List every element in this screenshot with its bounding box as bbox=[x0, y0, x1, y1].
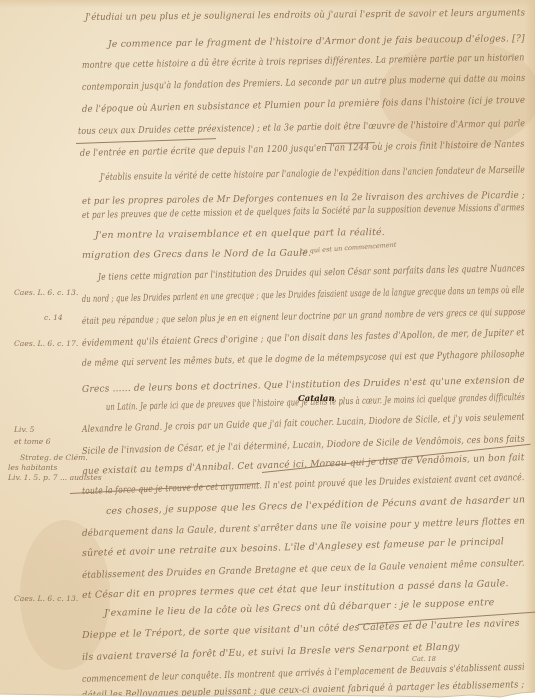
inserted-word-catalan: Catalan bbox=[298, 394, 335, 404]
interlinear-note: ce qui est un commencement bbox=[300, 241, 397, 256]
manuscript-line: ces choses, je suppose que les Grecs de … bbox=[106, 494, 526, 517]
paper-top-edge bbox=[0, 0, 535, 8]
margin-note: Liv. 1. 5. p. 7 ... audistes bbox=[8, 473, 102, 482]
margin-note: Strateg. de Clém. bbox=[20, 453, 88, 462]
torn-bottom-edge bbox=[0, 684, 535, 700]
underline-stroke bbox=[76, 138, 216, 144]
margin-note: et tome 6 bbox=[14, 437, 51, 446]
manuscript-line: Grecs ...... de leurs bons et doctrines.… bbox=[82, 375, 525, 395]
manuscript-line: toute la force que je trouve de cet argu… bbox=[82, 472, 525, 497]
manuscript-line: ils avaient traversé la forêt d'Eu, et s… bbox=[82, 641, 460, 663]
margin-note: c. 14 bbox=[44, 313, 63, 322]
manuscript-line: évidemment qu'ils étaient Grecs d'origin… bbox=[82, 327, 525, 349]
manuscript-line: sûreté et avoir une retraite aux besoins… bbox=[82, 536, 504, 559]
manuscript-line: Dieppe et le Tréport, de sorte que visit… bbox=[82, 618, 520, 641]
manuscript-line: Alexandre le Grand. Je crois par un Guid… bbox=[82, 412, 525, 435]
manuscript-line: du nord ; que les Druides parlent en une… bbox=[82, 285, 525, 305]
manuscript-line: débarquement dans la Gaule, durent s'arr… bbox=[82, 516, 525, 539]
page-mark: Cat. 18 bbox=[412, 655, 436, 663]
manuscript-page: J'étudiai un peu plus et je soulignerai … bbox=[0, 0, 535, 700]
margin-note: Liv. 5 bbox=[14, 425, 35, 434]
manuscript-line: J'étudiai un peu plus et je soulignerai … bbox=[85, 7, 525, 23]
manuscript-line: J'examine le lieu de la côte où les Grec… bbox=[104, 597, 495, 619]
margin-note: les habitants bbox=[8, 463, 57, 472]
margin-note: Caes. L. 6. c. 13. bbox=[14, 594, 78, 603]
manuscript-line: Je tiens cette migration par l'instituti… bbox=[98, 263, 525, 283]
manuscript-line: de même qui servent les mêmes buts, et q… bbox=[82, 349, 525, 369]
manuscript-line: de l'entrée en partie écrite que depuis … bbox=[80, 139, 525, 159]
manuscript-line: J'en montre la vraisemblance et en quelq… bbox=[95, 227, 385, 241]
manuscript-line: migration des Grecs dans le Nord de la G… bbox=[82, 248, 311, 261]
manuscript-line: était peu répandue ; que selon plus je e… bbox=[82, 307, 526, 327]
margin-note: Caes. L. 6. c. 17. bbox=[14, 339, 78, 348]
manuscript-line: établissement des Druides en Grande Bret… bbox=[82, 558, 525, 581]
margin-note: Caes. L. 6. c. 13. bbox=[14, 288, 78, 297]
manuscript-line: J'établis ensuite la vérité de cette his… bbox=[100, 165, 525, 183]
